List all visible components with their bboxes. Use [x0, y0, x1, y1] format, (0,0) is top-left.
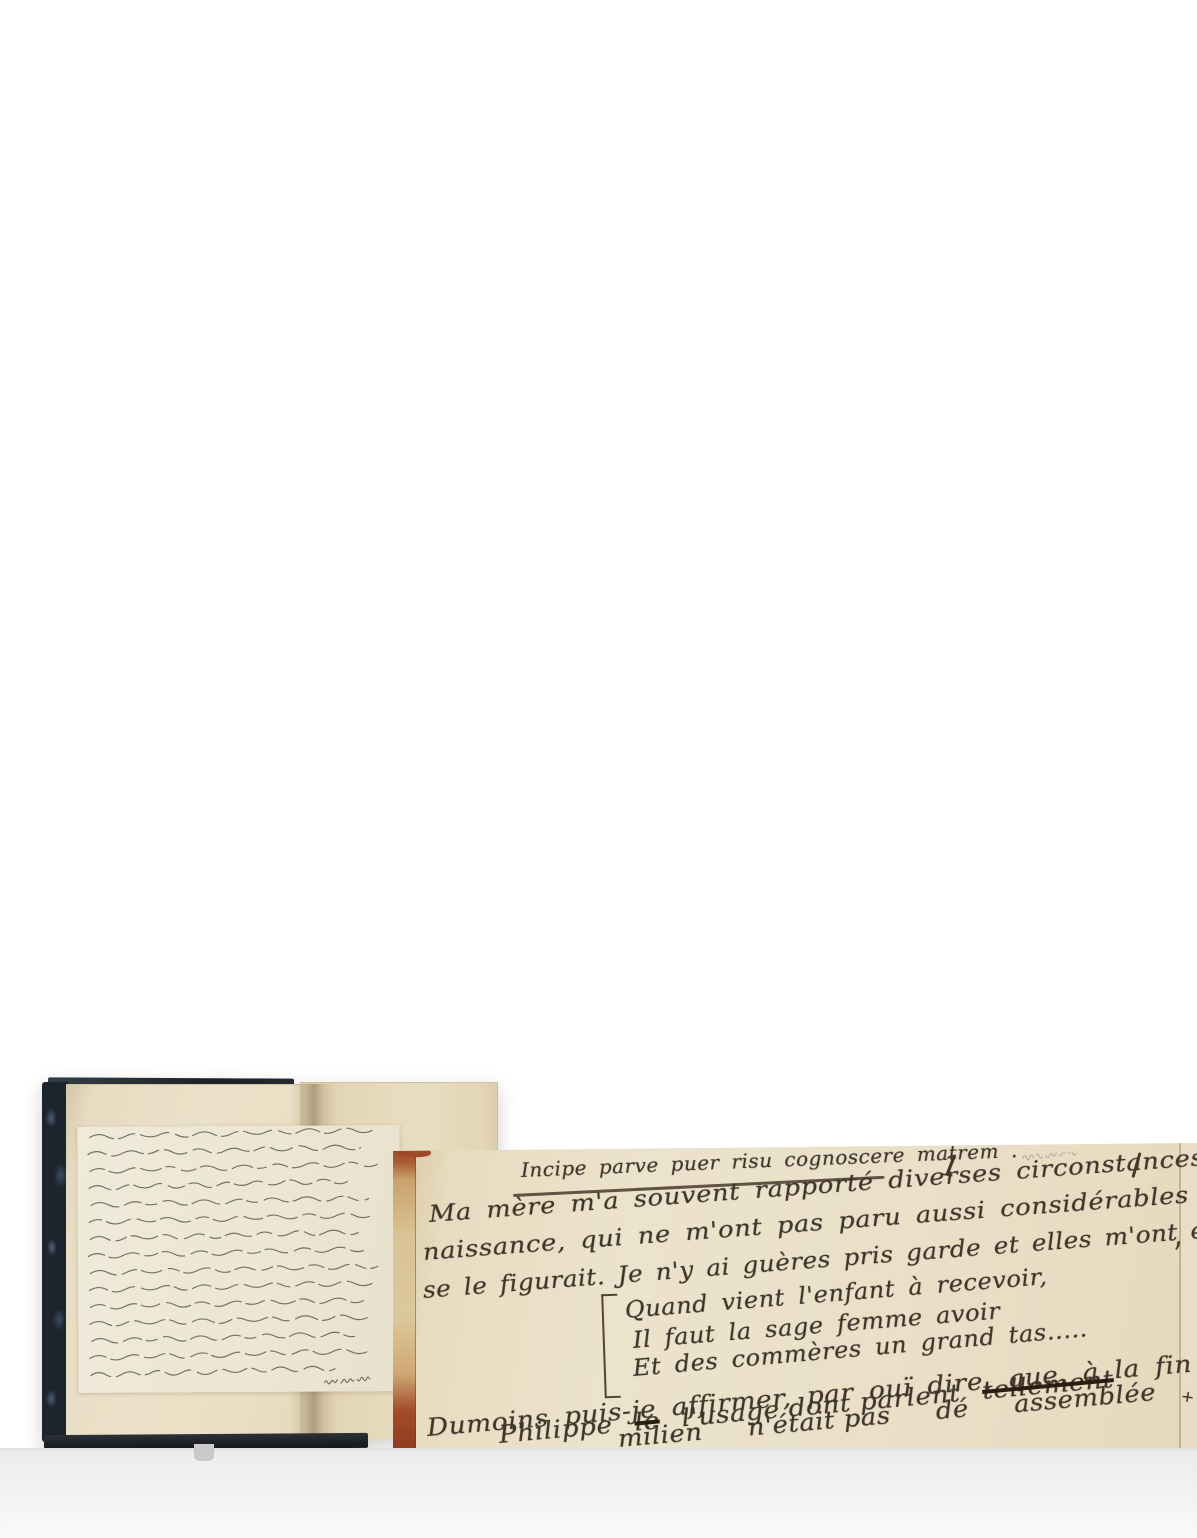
catalog-photo: Incipe parve puer risu cognoscere matrem… [0, 0, 1197, 1538]
word-fragment: dé [935, 1394, 970, 1425]
pasted-manuscript-leaf [77, 1125, 400, 1393]
binding-edge [393, 1146, 416, 1454]
manuscript-volume: Incipe parve puer risu cognoscere matrem… [393, 1138, 1197, 1454]
handwriting-scribble-lines [77, 1125, 400, 1393]
ink-smudge [1021, 1152, 1081, 1164]
gray-foot-tab [194, 1444, 214, 1461]
marbled-cover-board [42, 1082, 68, 1442]
ink-cross-mark: + [1180, 1386, 1196, 1407]
bottom-gray-strip [0, 1448, 1197, 1538]
